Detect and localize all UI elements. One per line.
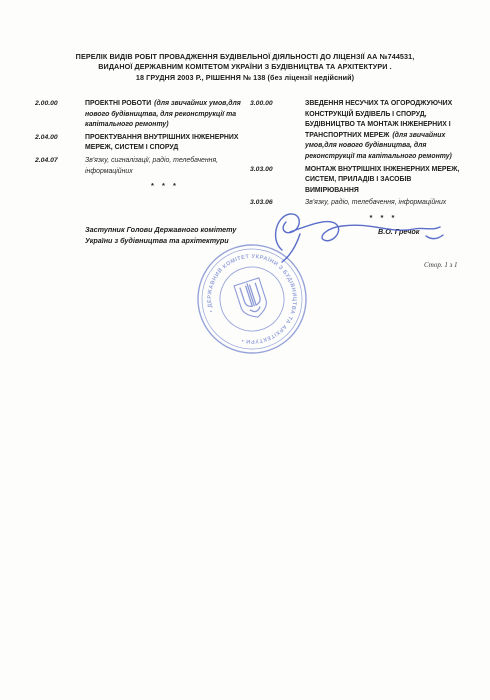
item-text: ПРОЕКТНІ РОБОТИ(для звичайних умов,для н… (85, 99, 245, 131)
item-text: ПРОЕКТУВАННЯ ВНУТРІШНИХ ІНЖЕНЕРНИХ МЕРЕЖ… (85, 133, 245, 154)
item-title: МОНТАЖ ВНУТРІШНІХ ІНЖЕНЕРНИХ МЕРЕЖ, СИСТ… (305, 166, 459, 194)
item-number: 2.04.07 (35, 156, 85, 167)
item-title: ПРОЕКТНІ РОБОТИ (85, 100, 151, 107)
handwritten-signature (252, 206, 452, 266)
item-text: МОНТАЖ ВНУТРІШНІХ ІНЖЕНЕРНИХ МЕРЕЖ, СИСТ… (305, 165, 462, 197)
document-title: ПЕРЕЛІК ВИДІВ РОБІТ ПРОВАДЖЕННЯ БУДІВЕЛЬ… (30, 52, 460, 83)
item-number: 3.00.00 (250, 99, 305, 110)
title-line-1: ПЕРЕЛІК ВИДІВ РОБІТ ПРОВАДЖЕННЯ БУДІВЕЛЬ… (30, 52, 460, 62)
item-number: 3.03.00 (250, 165, 305, 176)
item-number: 2.04.00 (35, 133, 85, 144)
works-list-section-3: 3.00.00 ЗВЕДЕННЯ НЕСУЧИХ ТА ОГОРОДЖУЮЧИХ… (250, 99, 462, 222)
works-list-section-2: 2.00.00 ПРОЕКТНІ РОБОТИ(для звичайних ум… (35, 99, 245, 190)
item-text: ЗВЕДЕННЯ НЕСУЧИХ ТА ОГОРОДЖУЮЧИХ КОНСТРУ… (305, 99, 462, 163)
title-line-3: 18 ГРУДНЯ 2003 Р., РІШЕННЯ № 138 (без лі… (30, 73, 460, 83)
item-number: 2.00.00 (35, 99, 85, 110)
item-description: Зв'язку, сигналізації, радіо, телебаченн… (85, 156, 245, 177)
document-page: ПЕРЕЛІК ВИДІВ РОБІТ ПРОВАДЖЕННЯ БУДІВЕЛЬ… (0, 0, 490, 700)
trident-icon (234, 278, 270, 321)
page-number: Стор. 1 з 1 (424, 261, 458, 269)
title-line-2: ВИДАНОЇ ДЕРЖАВНИМ КОМІТЕТОМ УКРАЇНИ З БУ… (30, 62, 460, 72)
item-title: ПРОЕКТУВАННЯ ВНУТРІШНИХ ІНЖЕНЕРНИХ МЕРЕЖ… (85, 134, 238, 152)
separator-asterisks: * * * (85, 181, 245, 190)
